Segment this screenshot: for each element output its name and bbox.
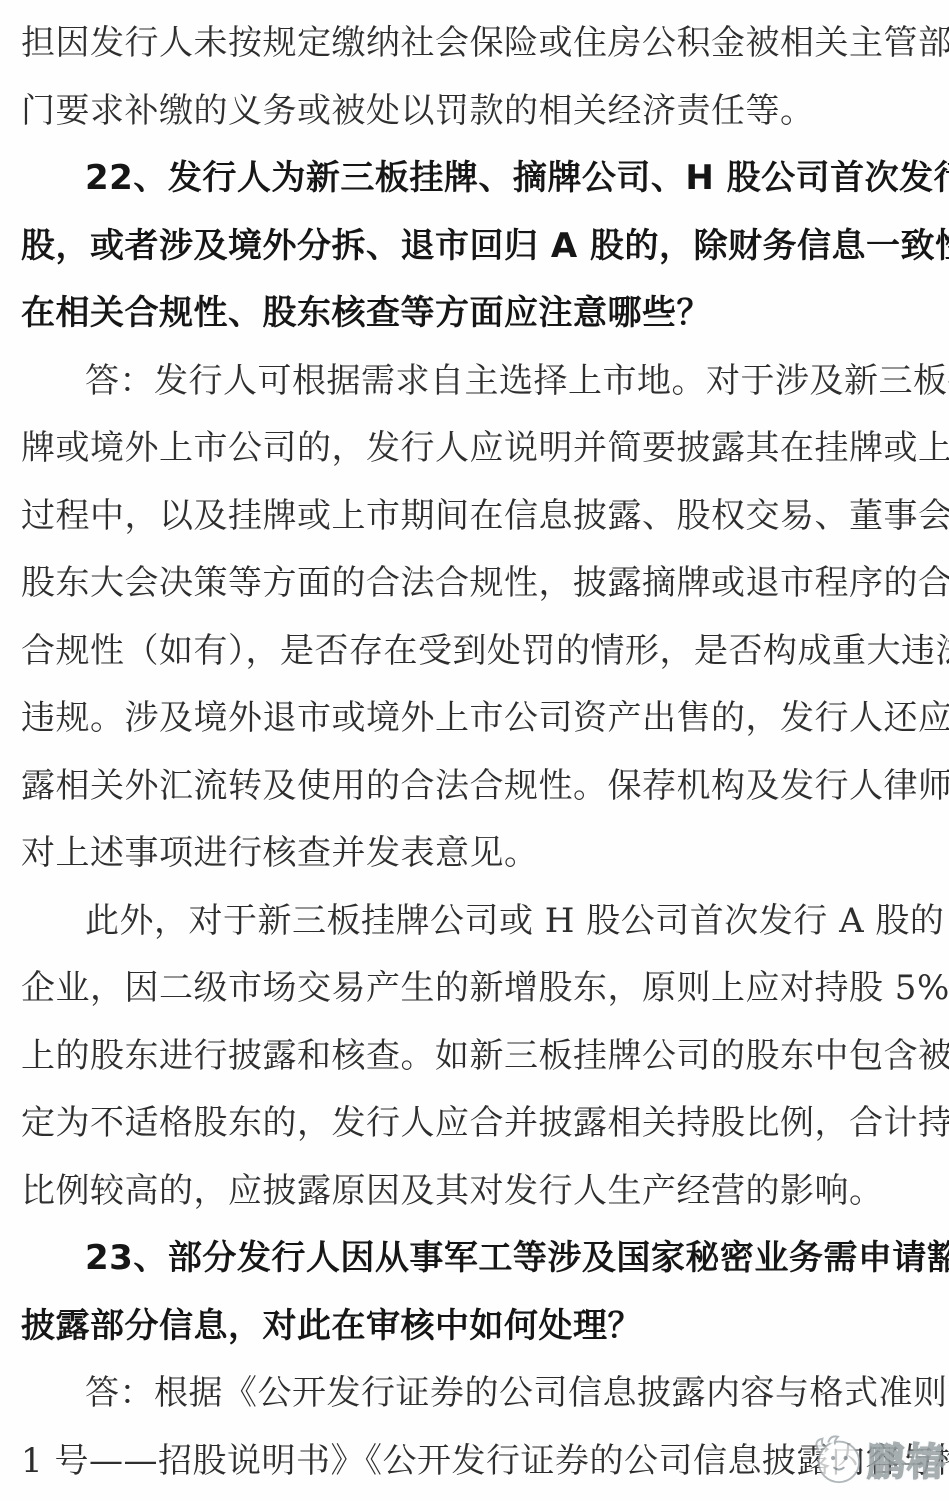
text-line: 1 号——招股说明书》《公开发行证券的公司信息披露内容与格 — [21, 1424, 941, 1492]
text-line: 答：发行人可根据需求自主选择上市地。对于涉及新三板挂 — [21, 344, 941, 412]
text-line: 披露部分信息，对此在审核中如何处理？ — [21, 1289, 941, 1357]
text-line: 23、部分发行人因从事军工等涉及国家秘密业务需申请豁免 — [21, 1221, 941, 1289]
text-line: 门要求补缴的义务或被处以罚款的相关经济责任等。 — [21, 74, 941, 142]
text-line: 合规性（如有），是否存在受到处罚的情形，是否构成重大违法 — [21, 614, 941, 682]
paragraph-question: 23、部分发行人因从事军工等涉及国家秘密业务需申请豁免披露部分信息，对此在审核中… — [21, 1221, 941, 1356]
text-line: 定为不适格股东的，发行人应合并披露相关持股比例，合计持股 — [21, 1086, 941, 1154]
text-line: 违规。涉及境外退市或境外上市公司资产出售的，发行人还应披 — [21, 681, 941, 749]
text-line: 担因发行人未按规定缴纳社会保险或住房公积金被相关主管部 — [21, 6, 941, 74]
text-line: 对上述事项进行核查并发表意见。 — [21, 816, 941, 884]
text-line: 上的股东进行披露和核查。如新三板挂牌公司的股东中包含被认 — [21, 1019, 941, 1087]
text-line: 22、发行人为新三板挂牌、摘牌公司、H 股公司首次发行 A — [21, 141, 941, 209]
paragraph-question: 22、发行人为新三板挂牌、摘牌公司、H 股公司首次发行 A股，或者涉及境外分拆、… — [21, 141, 941, 344]
text-line: 股，或者涉及境外分拆、退市回归 A 股的，除财务信息一致性外， — [21, 209, 941, 277]
text-line: 股东大会决策等方面的合法合规性，披露摘牌或退市程序的合法 — [21, 546, 941, 614]
document-body: 担因发行人未按规定缴纳社会保险或住房公积金被相关主管部门要求补缴的义务或被处以罚… — [21, 6, 941, 1491]
text-line: 比例较高的，应披露原因及其对发行人生产经营的影响。 — [21, 1154, 941, 1222]
paragraph-body: 担因发行人未按规定缴纳社会保险或住房公积金被相关主管部门要求补缴的义务或被处以罚… — [21, 6, 941, 141]
text-line: 露相关外汇流转及使用的合法合规性。保荐机构及发行人律师应 — [21, 749, 941, 817]
document-page: 担因发行人未按规定缴纳社会保险或住房公积金被相关主管部门要求补缴的义务或被处以罚… — [0, 0, 949, 1501]
text-line: 牌或境外上市公司的，发行人应说明并简要披露其在挂牌或上市 — [21, 411, 941, 479]
paragraph-answer: 答：根据《公开发行证券的公司信息披露内容与格式准则第1 号——招股说明书》《公开… — [21, 1356, 941, 1491]
paragraph-answer: 答：发行人可根据需求自主选择上市地。对于涉及新三板挂牌或境外上市公司的，发行人应… — [21, 344, 941, 884]
text-line: 此外，对于新三板挂牌公司或 H 股公司首次发行 A 股的申报 — [21, 884, 941, 952]
text-line: 答：根据《公开发行证券的公司信息披露内容与格式准则第 — [21, 1356, 941, 1424]
text-line: 过程中，以及挂牌或上市期间在信息披露、股权交易、董事会或 — [21, 479, 941, 547]
paragraph-answer: 此外，对于新三板挂牌公司或 H 股公司首次发行 A 股的申报企业，因二级市场交易… — [21, 884, 941, 1222]
text-line: 企业，因二级市场交易产生的新增股东，原则上应对持股 5%以 — [21, 951, 941, 1019]
text-line: 在相关合规性、股东核查等方面应注意哪些？ — [21, 276, 941, 344]
